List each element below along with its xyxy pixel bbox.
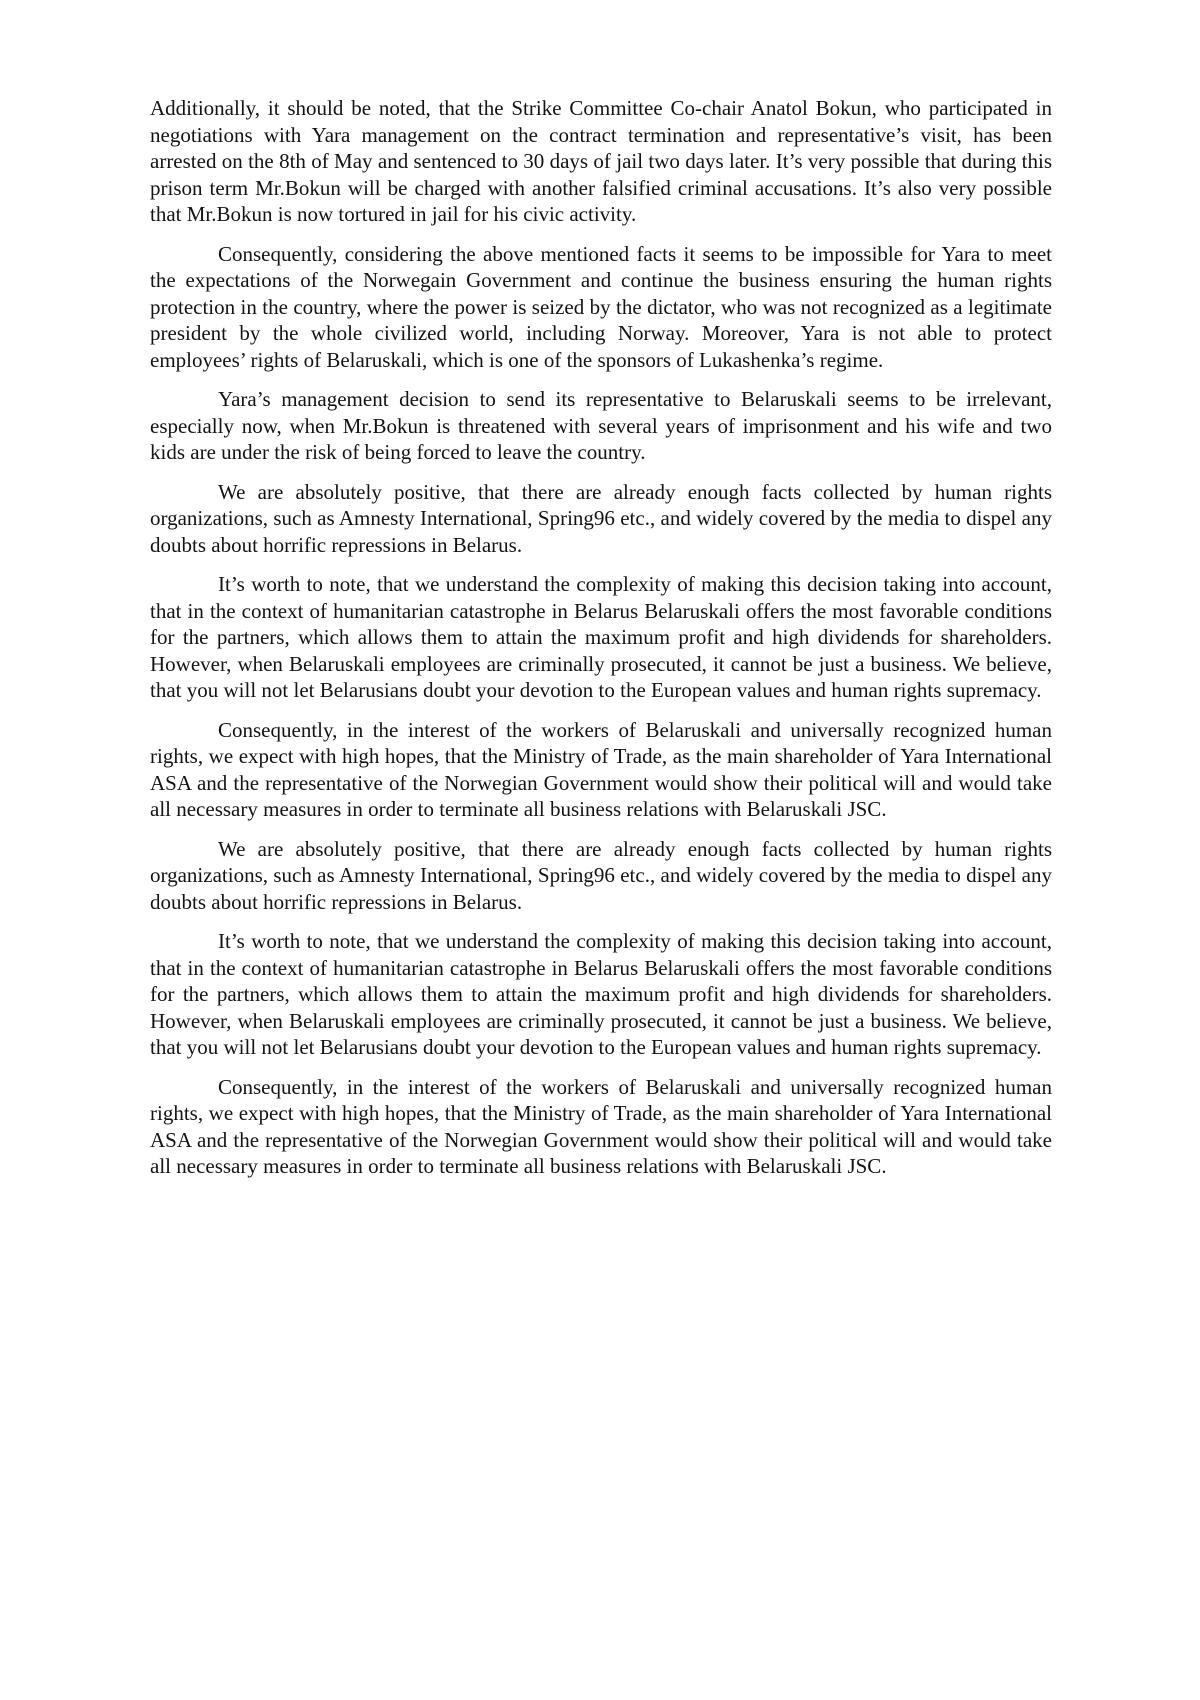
paragraph-worth-to-note-complexity-repeat: It’s worth to note, that we understand t… bbox=[150, 928, 1052, 1061]
paragraph-additionally-bokun-arrest: Additionally, it should be noted, that t… bbox=[150, 95, 1052, 228]
paragraph-consequently-ministry-of-trade: Consequently, in the interest of the wor… bbox=[150, 717, 1052, 823]
paragraph-worth-to-note-complexity: It’s worth to note, that we understand t… bbox=[150, 571, 1052, 704]
paragraph-yara-management-decision: Yara’s management decision to send its r… bbox=[150, 386, 1052, 466]
document-page: Additionally, it should be noted, that t… bbox=[0, 0, 1200, 1700]
paragraph-consequently-ministry-of-trade-repeat: Consequently, in the interest of the wor… bbox=[150, 1074, 1052, 1180]
paragraph-absolutely-positive-facts-repeat: We are absolutely positive, that there a… bbox=[150, 836, 1052, 916]
document-text-column: Additionally, it should be noted, that t… bbox=[150, 95, 1052, 1193]
paragraph-consequently-impossible-for-yara: Consequently, considering the above ment… bbox=[150, 241, 1052, 374]
paragraph-absolutely-positive-facts: We are absolutely positive, that there a… bbox=[150, 479, 1052, 559]
